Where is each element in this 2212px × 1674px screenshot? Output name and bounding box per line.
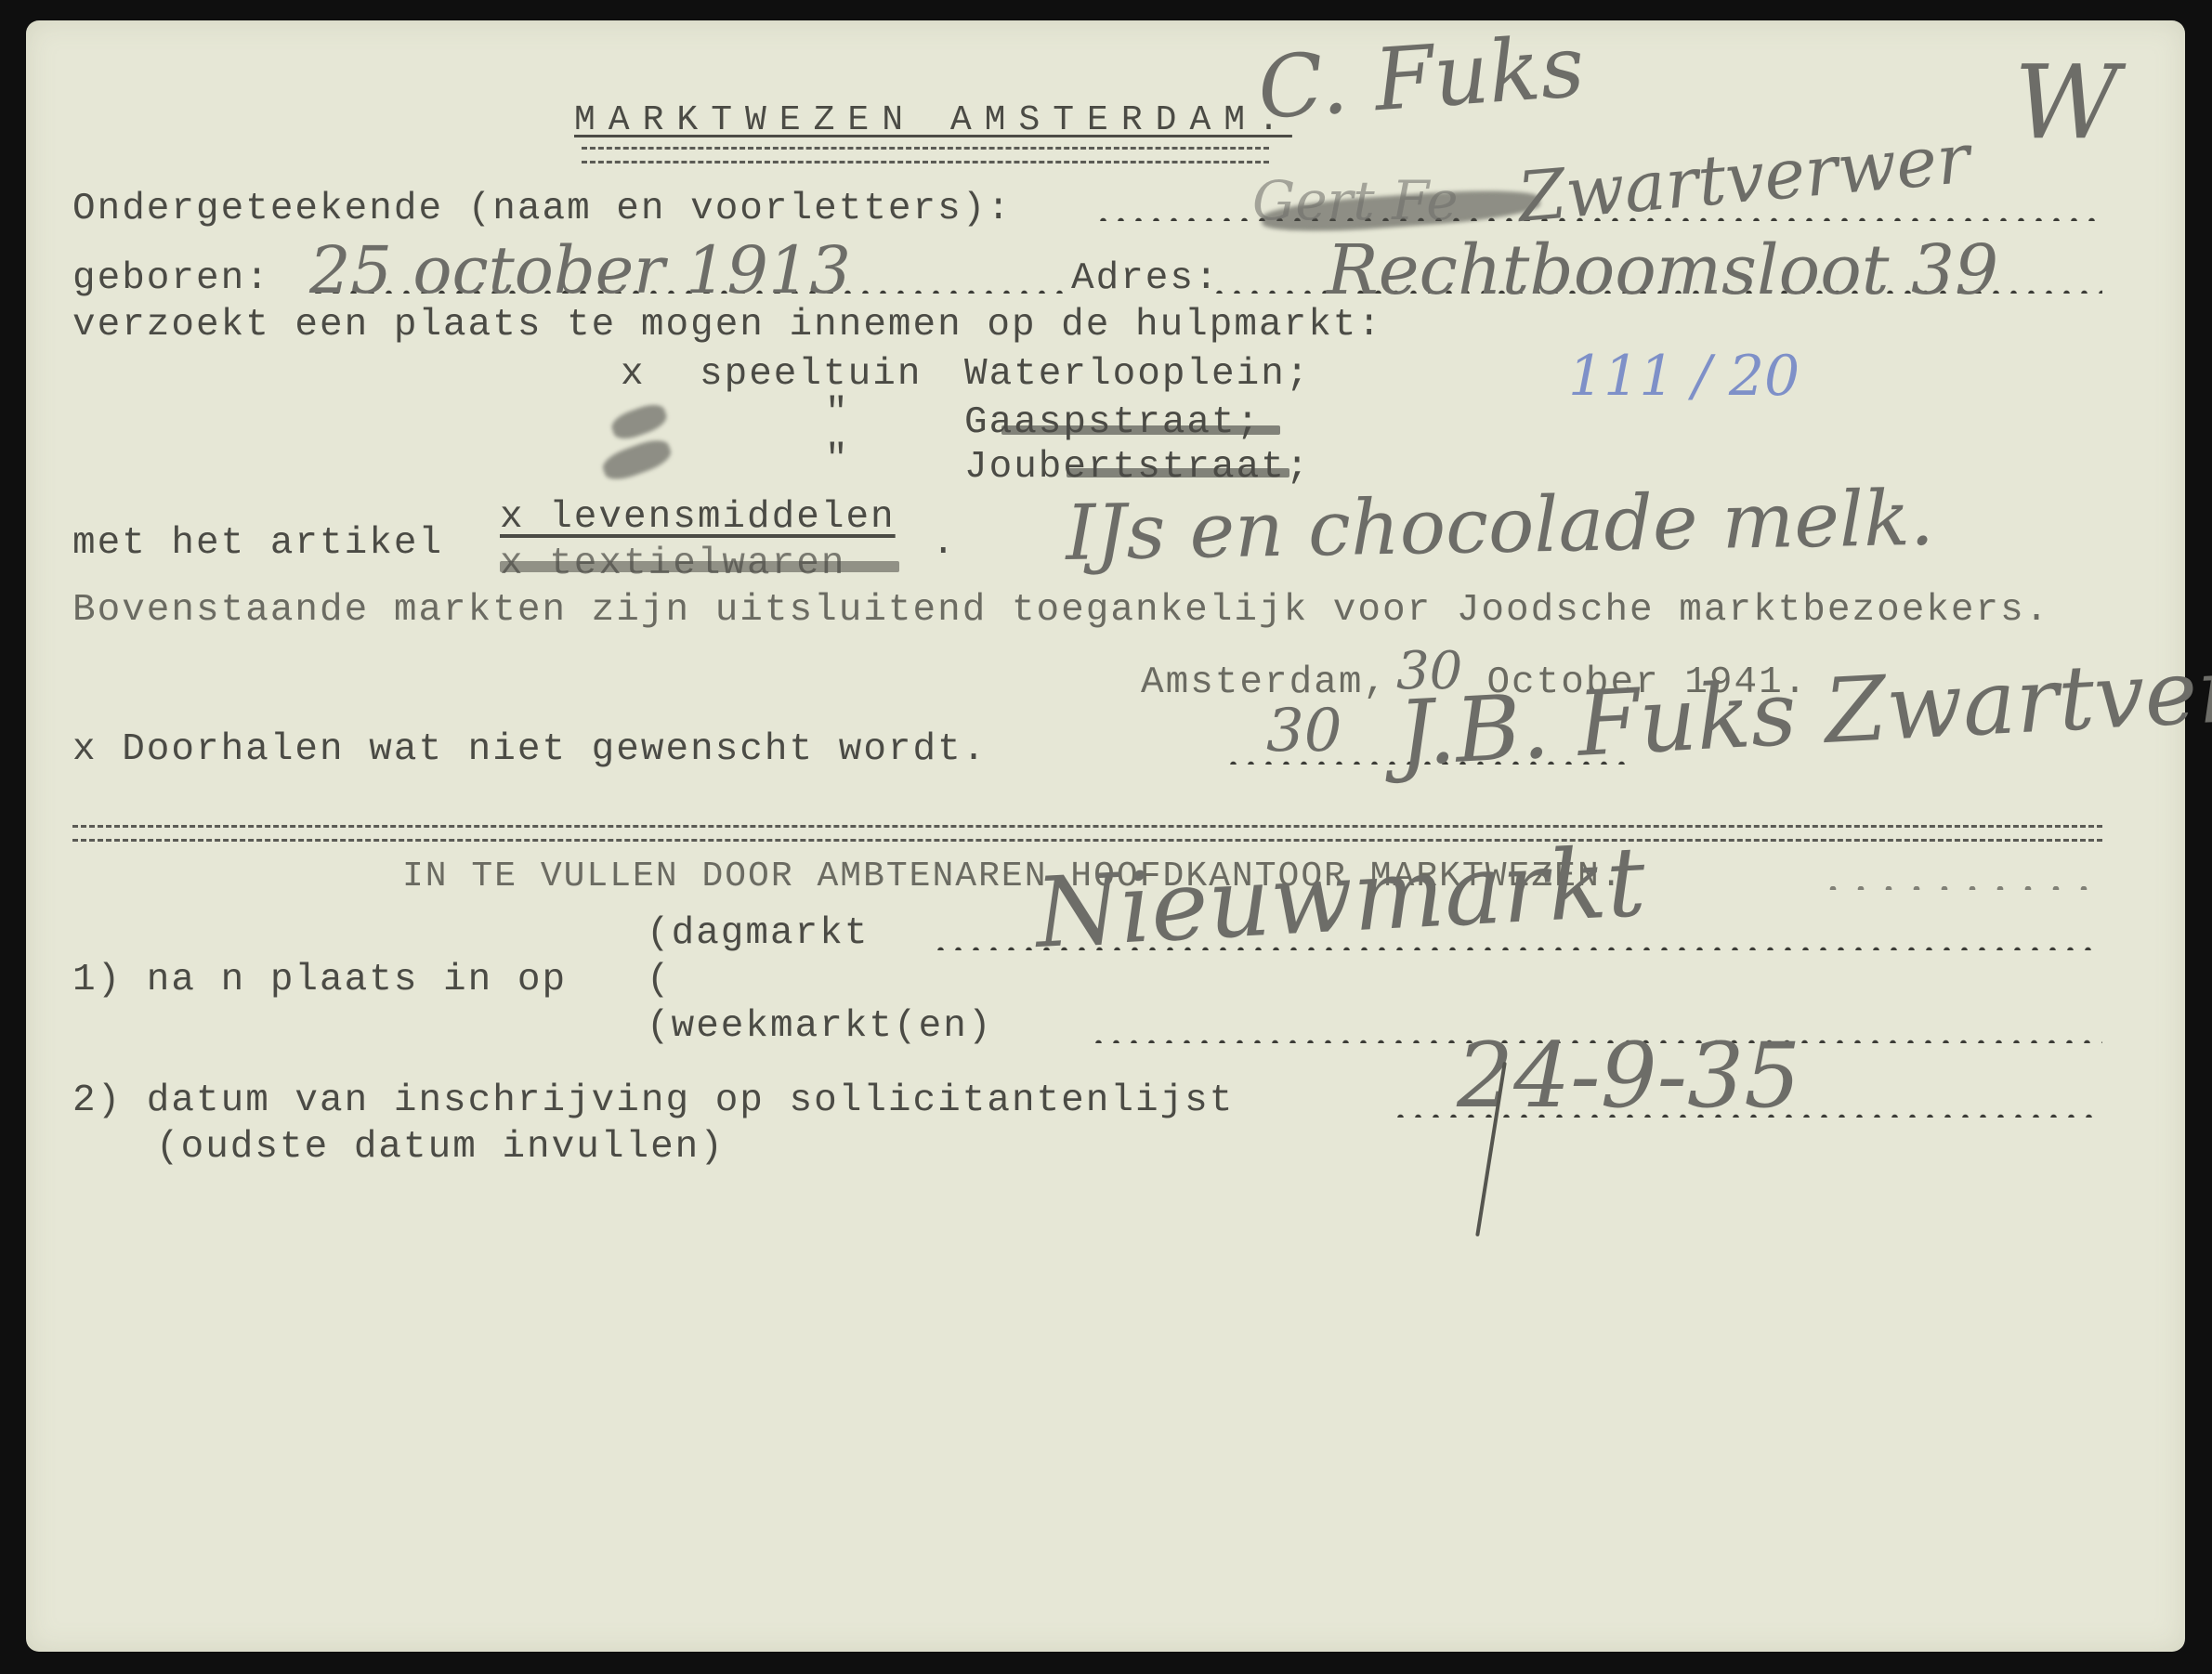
address-label: Adres: bbox=[1071, 257, 1220, 300]
market-prefix-2: " bbox=[825, 392, 850, 435]
request-line: verzoekt een plaats te mogen innemen op … bbox=[72, 304, 1382, 347]
market-name-waterlooplein: Waterlooplein; bbox=[964, 353, 1310, 396]
struck-mark-2 bbox=[609, 400, 670, 444]
title-double-rule bbox=[582, 147, 1269, 163]
struck-mark-3 bbox=[599, 435, 674, 485]
q2-sublabel: (oudste datum invullen) bbox=[156, 1126, 725, 1169]
market-prefix-1: speeltuin bbox=[700, 353, 922, 396]
born-label: geboren: bbox=[72, 257, 270, 300]
handwritten-address: Rechtboomsloot 39 bbox=[1327, 230, 1998, 310]
market-name-gaaspstraat: Gaaspstraat; bbox=[964, 401, 1261, 444]
market-prefix-3: " bbox=[825, 438, 850, 481]
strike-gaaspstraat bbox=[1001, 425, 1280, 435]
q1-weekmarket-label: (weekmarkt(en) bbox=[647, 1005, 992, 1048]
notice-jewish-only: Bovenstaande markten zijn uitsluitend to… bbox=[72, 589, 2049, 632]
handwritten-registration-date: 24-9-35 bbox=[1457, 1024, 1800, 1128]
article-levensmiddelen: x levensmiddelen bbox=[500, 496, 896, 539]
q1-label: 1) na n plaats in op bbox=[72, 959, 567, 1001]
market-application-card: MARKTWEZEN AMSTERDAM. C. Fuks W Onderget… bbox=[26, 20, 2185, 1652]
document-title: MARKTWEZEN AMSTERDAM. bbox=[574, 100, 1292, 140]
strike-instruction: x Doorhalen wat niet gewenscht wordt. bbox=[72, 728, 987, 771]
office-header-dotted-line bbox=[1819, 886, 2102, 890]
strike-joubertstraat bbox=[1067, 468, 1289, 477]
handwritten-signature: J.B. Fuks Zwartverwer bbox=[1395, 629, 2212, 786]
article-period: . bbox=[932, 522, 957, 565]
q1-bracket: ( bbox=[647, 959, 672, 1001]
article-label: met het artikel bbox=[72, 522, 443, 565]
handwritten-birth-date: 25 october 1913 bbox=[309, 232, 851, 308]
handwritten-top-name: C. Fuks bbox=[1255, 17, 1588, 138]
q1-daymarket-label: (dagmarkt bbox=[647, 912, 869, 955]
section-double-rule bbox=[72, 825, 2102, 842]
handwritten-crossed-name: Gert Fe bbox=[1252, 169, 1459, 232]
market-name-joubertstraat: Joubertstraat; bbox=[964, 446, 1310, 489]
applicant-label: Ondergeteekende (naam en voorletters): bbox=[72, 188, 1012, 230]
q2-label: 2) datum van inschrijving op sollicitant… bbox=[72, 1079, 1234, 1122]
market-mark-1: x bbox=[621, 353, 646, 396]
strike-textielwaren bbox=[500, 561, 899, 572]
handwritten-goods: IJs en chocolade melk. bbox=[1065, 475, 1934, 578]
handwritten-corner-mark: W bbox=[2014, 43, 2119, 162]
blue-pencil-note: 111 / 20 bbox=[1568, 344, 1800, 409]
handwritten-signature-day: 30 bbox=[1266, 697, 1342, 765]
